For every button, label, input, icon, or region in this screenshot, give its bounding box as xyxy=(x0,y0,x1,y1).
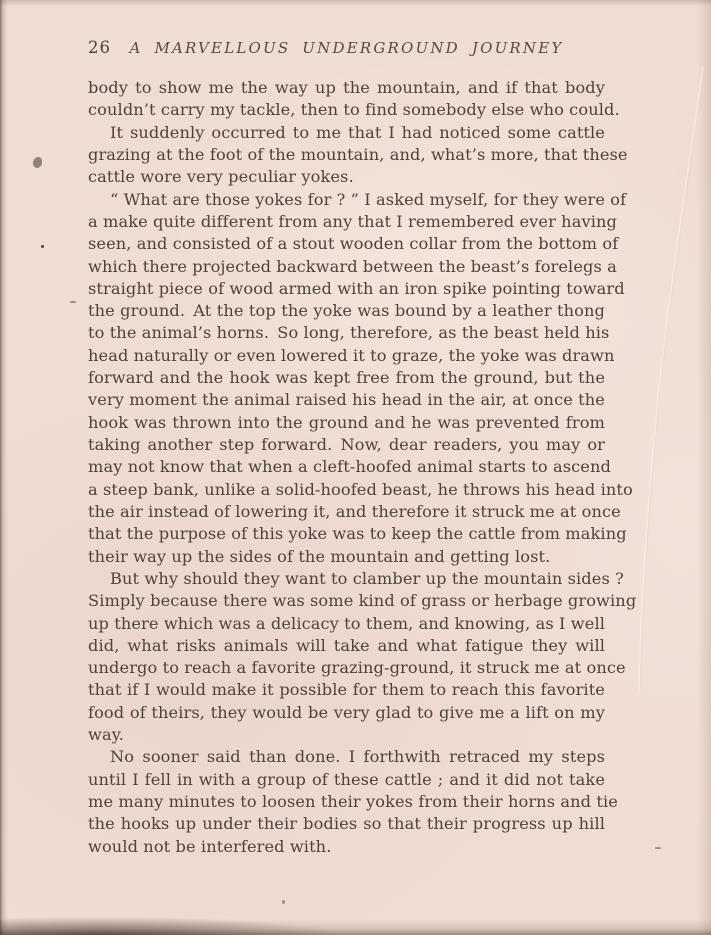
paper-speck xyxy=(655,847,661,849)
body-line: that if I would make it possible for the… xyxy=(88,679,605,701)
body-line: couldn’t carry my tackle, then to find s… xyxy=(88,99,605,121)
body-line: may not know that when a cleft-hoofed an… xyxy=(88,456,605,478)
paper-speck xyxy=(70,301,76,303)
body-line: the air instead of lowering it, and ther… xyxy=(88,501,605,523)
body-line: cattle wore very peculiar yokes. xyxy=(88,166,605,188)
body-line: that the purpose of this yoke was to kee… xyxy=(88,523,605,545)
paper-speck xyxy=(282,900,285,904)
body-line: which there projected backward between t… xyxy=(88,256,605,278)
body-line: until I fell in with a group of these ca… xyxy=(88,769,605,791)
body-line: up there which was a delicacy to them, a… xyxy=(88,613,605,635)
body-line: the ground. At the top the yoke was boun… xyxy=(88,300,605,322)
body-line: food of theirs, they would be very glad … xyxy=(88,702,605,724)
body-line: a steep bank, unlike a solid-hoofed beas… xyxy=(88,479,605,501)
paper-speck xyxy=(33,157,42,168)
body-line: taking another step forward. Now, dear r… xyxy=(88,434,605,456)
body-line: Simply because there was some kind of gr… xyxy=(88,590,605,612)
body-line: seen, and consisted of a stout wooden co… xyxy=(88,233,605,255)
body-line: No sooner said than done. I forthwith re… xyxy=(88,746,605,768)
body-line: forward and the hook was kept free from … xyxy=(88,367,605,389)
paper-speck xyxy=(41,245,44,248)
body-line: undergo to reach a favorite grazing-grou… xyxy=(88,657,605,679)
body-line: head naturally or even lowered it to gra… xyxy=(88,345,605,367)
body-line: would not be interfered with. xyxy=(88,836,605,858)
running-header-title: A MARVELLOUS UNDERGROUND JOURNEY xyxy=(88,38,605,57)
body-line: the hooks up under their bodies so that … xyxy=(88,813,605,835)
body-line: It suddenly occurred to me that I had no… xyxy=(88,122,605,144)
body-line: a make quite different from any that I r… xyxy=(88,211,605,233)
body-line: their way up the sides of the mountain a… xyxy=(88,546,605,568)
body-line: But why should they want to clamber up t… xyxy=(88,568,605,590)
body-text: body to show me the way up the mountain,… xyxy=(88,77,605,858)
body-line: “ What are those yokes for ? ” I asked m… xyxy=(88,189,605,211)
body-line: body to show me the way up the mountain,… xyxy=(88,77,605,99)
body-line: me many minutes to loosen their yokes fr… xyxy=(88,791,605,813)
body-line: to the animal’s horns. So long, therefor… xyxy=(88,322,605,344)
body-line: did, what risks animals will take and wh… xyxy=(88,635,605,657)
page-number: 26 xyxy=(88,38,111,57)
body-line: grazing at the foot of the mountain, and… xyxy=(88,144,605,166)
body-line: hook was thrown into the ground and he w… xyxy=(88,412,605,434)
body-line: very moment the animal raised his head i… xyxy=(88,389,605,411)
book-page-scan: 26 A MARVELLOUS UNDERGROUND JOURNEY body… xyxy=(0,0,711,935)
body-line: straight piece of wood armed with an iro… xyxy=(88,278,605,300)
body-line: way. xyxy=(88,724,605,746)
running-head: 26 A MARVELLOUS UNDERGROUND JOURNEY xyxy=(88,38,605,60)
